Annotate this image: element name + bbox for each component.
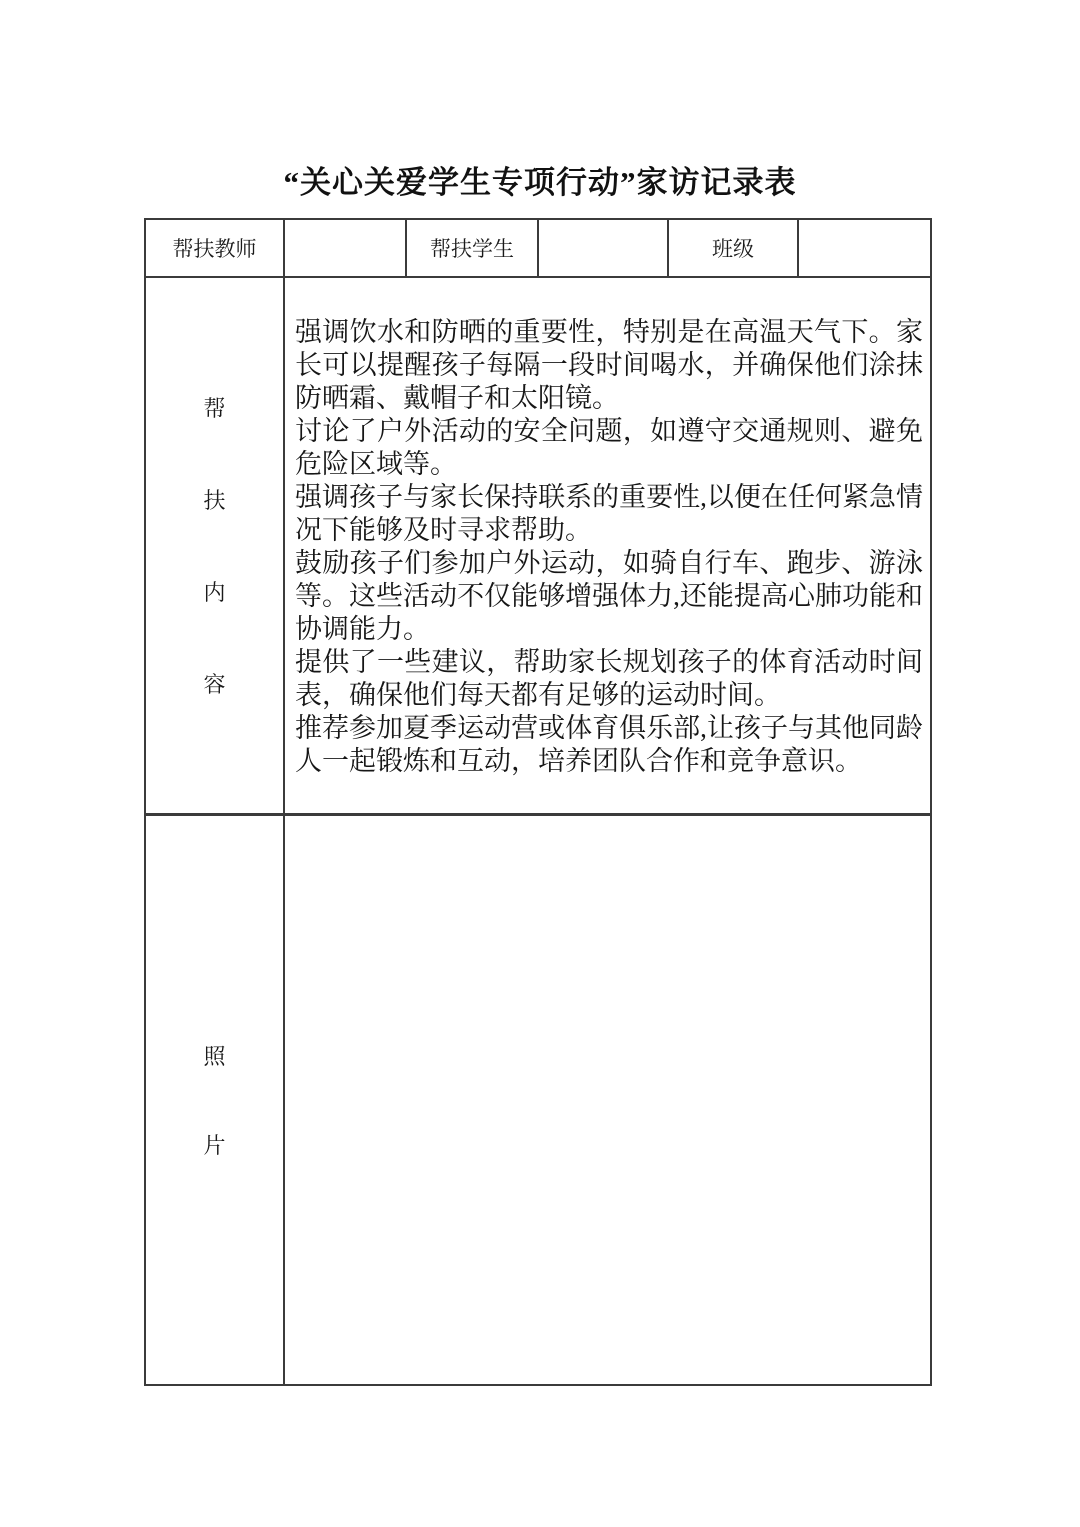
student-value-cell (538, 219, 668, 277)
student-label-cell: 帮扶学生 (406, 219, 538, 277)
photo-label-char: 片 (203, 1129, 225, 1160)
photo-label-cell: 照 片 (145, 814, 284, 1385)
photo-label-char: 照 (203, 1040, 225, 1071)
content-label-char: 容 (203, 668, 225, 699)
content-paragraph: 讨论了户外活动的安全问题，如遵守交通规则、避免危险区域等。 (295, 415, 923, 481)
home-visit-record-table: 帮扶教师 帮扶学生 班级 帮 扶 内 容 强调饮水和防晒的重要性，特别是在高温天… (144, 218, 932, 1386)
content-label-char: 帮 (203, 392, 225, 423)
class-label-cell: 班级 (668, 219, 798, 277)
content-text: 强调饮水和防晒的重要性，特别是在高温天气下。家长可以提醒孩子每隔一段时间喝水，并… (295, 316, 923, 778)
content-row: 帮 扶 内 容 强调饮水和防晒的重要性，特别是在高温天气下。家长可以提醒孩子每隔… (145, 277, 931, 814)
photo-area (284, 814, 931, 1385)
content-paragraph: 鼓励孩子们参加户外运动，如骑自行车、跑步、游泳等。这些活动不仅能够增强体力,还能… (295, 547, 923, 646)
teacher-value-cell (284, 219, 406, 277)
page-title: “关心关爱学生专项行动”家访记录表 (0, 164, 1080, 202)
content-label-cell: 帮 扶 内 容 (145, 277, 284, 814)
content-paragraph: 提供了一些建议，帮助家长规划孩子的体育活动时间表，确保他们每天都有足够的运动时间… (295, 646, 923, 712)
class-value-cell (798, 219, 931, 277)
content-paragraph: 强调孩子与家长保持联系的重要性,以便在任何紧急情况下能够及时寻求帮助。 (295, 481, 923, 547)
content-paragraph: 强调饮水和防晒的重要性，特别是在高温天气下。家长可以提醒孩子每隔一段时间喝水，并… (295, 316, 923, 415)
content-paragraph: 推荐参加夏季运动营或体育俱乐部,让孩子与其他同龄人一起锻炼和互动，培养团队合作和… (295, 712, 923, 778)
content-text-cell: 强调饮水和防晒的重要性，特别是在高温天气下。家长可以提醒孩子每隔一段时间喝水，并… (284, 277, 931, 814)
photo-row: 照 片 (145, 814, 931, 1385)
document-page: “关心关爱学生专项行动”家访记录表 帮扶教师 帮扶学生 班级 帮 扶 内 (0, 0, 1080, 1527)
header-row: 帮扶教师 帮扶学生 班级 (145, 219, 931, 277)
content-vertical-label: 帮 扶 内 容 (146, 278, 283, 813)
photo-vertical-label: 照 片 (146, 816, 283, 1385)
content-label-char: 内 (203, 576, 225, 607)
content-label-char: 扶 (203, 484, 225, 515)
teacher-label-cell: 帮扶教师 (145, 219, 284, 277)
